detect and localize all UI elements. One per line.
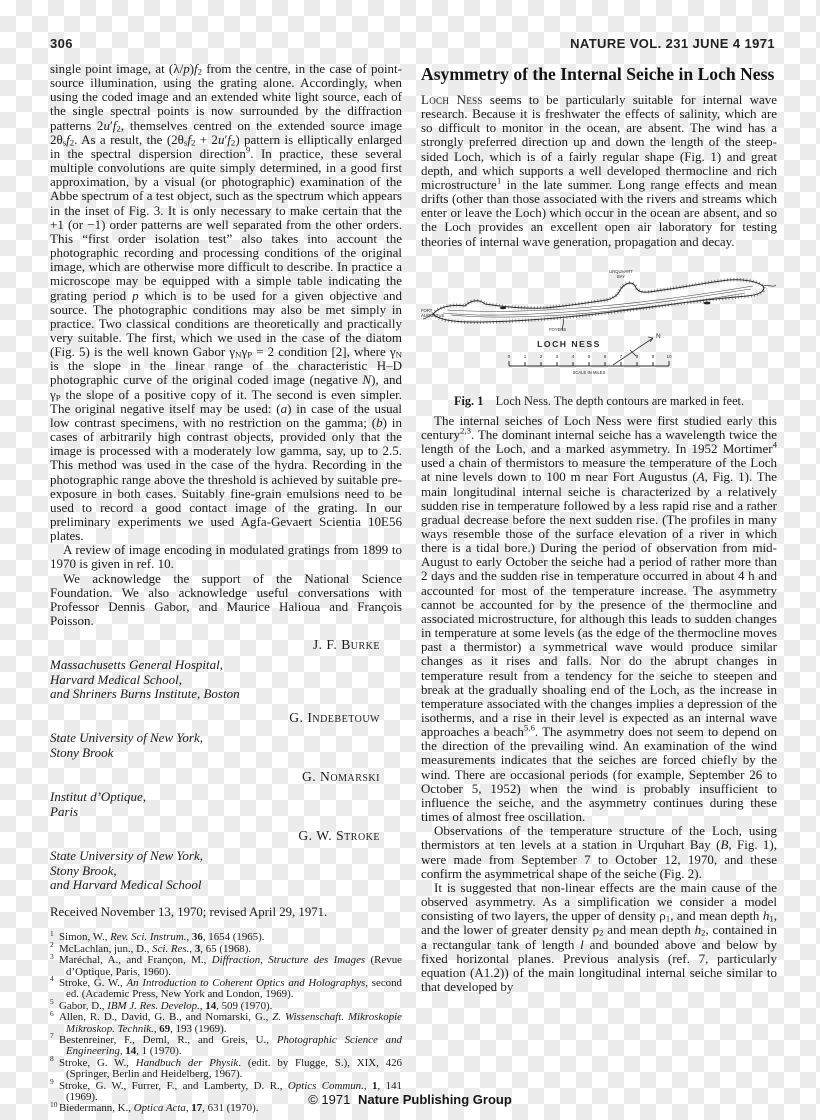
figure-caption: Fig. 1 Loch Ness. The depth contours are… [421, 394, 777, 408]
north-arrow [613, 337, 653, 365]
author-name: G. W. Stroke [50, 828, 380, 844]
left-column: single point image, at (λ/p)f2 from the … [50, 62, 402, 1115]
intro-paragraph: Loch Ness seems to be particularly suita… [421, 93, 777, 249]
paragraph: We acknowledge the support of the Nation… [50, 572, 402, 629]
urquhart-bay-label: BAY [617, 274, 625, 279]
author-name: G. Nomarski [50, 769, 380, 785]
shallow-mark [703, 301, 710, 304]
reference-item: 6Allen, R. D., David, G. B., and Nomarsk… [50, 1012, 402, 1035]
reference-item: 3Maréchal, A., and Françon, M., Diffract… [50, 955, 402, 978]
paragraph: single point image, at (λ/p)f2 from the … [50, 62, 402, 543]
publisher-name: Nature Publishing Group [358, 1092, 512, 1107]
right-column-paragraphs: The internal seiches of Loch Ness were f… [421, 414, 777, 994]
figure-1: FORT AUGUSTUS URQUHART BAY FOYERS LOCH N… [421, 262, 777, 408]
figure-caption-label: Fig. 1 [454, 394, 483, 408]
journal-volume-date: NATURE VOL. 231 JUNE 4 1971 [570, 36, 775, 51]
reference-item: 8Stroke, G. W., Handbuch der Physik. (ed… [50, 1058, 402, 1081]
running-header: 306 NATURE VOL. 231 JUNE 4 1971 [50, 36, 775, 51]
reference-item: 7Bestenreiner, F., Deml, R., and Greis, … [50, 1035, 402, 1058]
scale-tick: 8 [636, 354, 639, 359]
author-affiliation: State University of New York,Stony Brook [50, 731, 402, 760]
copyright-footer: © 1971 Nature Publishing Group [0, 1092, 820, 1107]
foyers-label: FOYERS [549, 327, 566, 332]
scale-tick: 6 [604, 354, 607, 359]
reference-item: 1Simon, W., Rev. Sci. Instrum., 36, 1654… [50, 932, 402, 943]
scale-bar [509, 361, 669, 366]
scale-tick: 0 [508, 354, 511, 359]
scale-tick-labels: 012345678910 [508, 354, 672, 359]
scale-tick: 1 [524, 354, 527, 359]
scale-caption: SCALE IN MILES [573, 370, 606, 375]
page-content: single point image, at (λ/p)f2 from the … [50, 62, 777, 1115]
page-number: 306 [50, 36, 73, 51]
author-affiliation: State University of New York,Stony Brook… [50, 849, 402, 892]
scale-tick: 10 [666, 354, 672, 359]
loch-ness-label: LOCH NESS [537, 339, 601, 349]
scale-tick: 4 [572, 354, 575, 359]
shallow-mark [500, 306, 506, 309]
paragraph: Observations of the temperature structur… [421, 824, 777, 881]
references-list: 1Simon, W., Rev. Sci. Instrum., 36, 1654… [50, 932, 402, 1115]
scale-tick: 9 [652, 354, 655, 359]
scale-tick: 3 [556, 354, 559, 359]
article-title: Asymmetry of the Internal Seiche in Loch… [421, 64, 777, 84]
figure-caption-text: Loch Ness. The depth contours are marked… [496, 394, 744, 408]
author-name: G. Indebetouw [50, 710, 380, 726]
right-column: Asymmetry of the Internal Seiche in Loch… [421, 62, 777, 1115]
scale-tick: 5 [588, 354, 591, 359]
north-label: N [656, 333, 661, 340]
loch-ness-map: FORT AUGUSTUS URQUHART BAY FOYERS LOCH N… [421, 262, 777, 380]
author-affiliation-block: J. F. BurkeMassachusetts General Hospita… [50, 637, 402, 892]
fort-augustus-label: AUGUSTUS [421, 313, 444, 318]
left-column-paragraphs: single point image, at (λ/p)f2 from the … [50, 62, 402, 628]
author-name: J. F. Burke [50, 637, 380, 653]
author-affiliation: Massachusetts General Hospital,Harvard M… [50, 658, 402, 701]
journal-page: 306 NATURE VOL. 231 JUNE 4 1971 single p… [0, 0, 820, 1120]
paragraph: A review of image encoding in modulated … [50, 543, 402, 571]
reference-item: 4Stroke, G. W., An Introduction to Coher… [50, 978, 402, 1001]
received-line: Received November 13, 1970; revised Apri… [50, 905, 402, 919]
author-affiliation: Institut d’Optique,Paris [50, 790, 402, 819]
paragraph: The internal seiches of Loch Ness were f… [421, 414, 777, 825]
copyright-year: © 1971 [308, 1092, 350, 1107]
paragraph: It is suggested that non-linear effects … [421, 881, 777, 994]
scale-tick: 2 [540, 354, 543, 359]
river-line [763, 285, 776, 286]
